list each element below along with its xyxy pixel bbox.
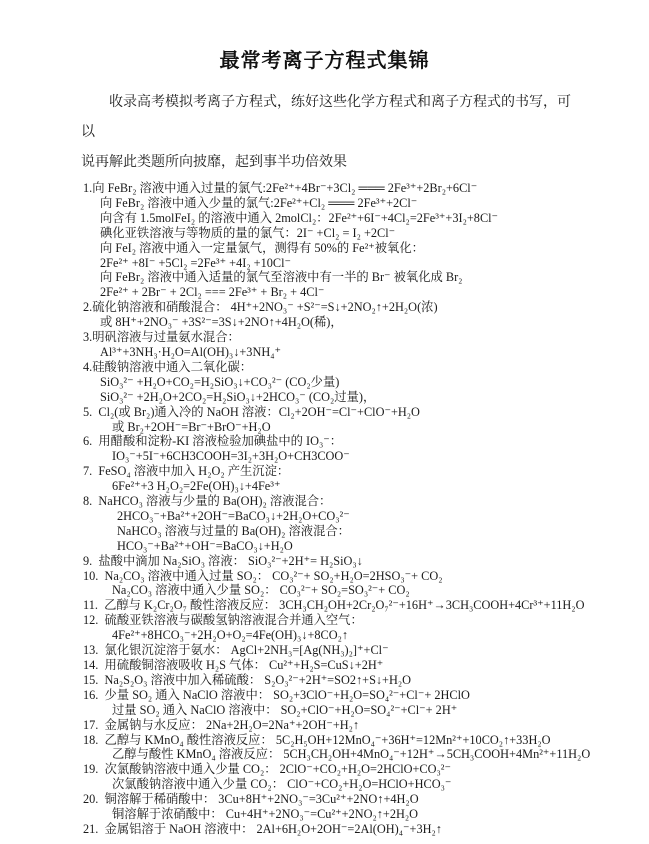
list-line: 15. Na₂S₂O₃ 溶液中加入稀硫酸： S₂O₃²⁻+2H⁺=SO2↑+S↓… bbox=[0, 673, 649, 688]
list-line: 2Fe²⁺ + 2Br⁻ + 2Cl₂ === 2Fe³⁺ + Br₂ + 4C… bbox=[0, 285, 649, 300]
list-line: Al³⁺+3NH₃·H₂O=Al(OH)₃↓+3NH₄⁺ bbox=[0, 345, 649, 360]
list-line: 向 FeI₂ 溶液中通入一定量氯气，测得有 50%的 Fe²⁺被氧化： bbox=[0, 241, 649, 256]
list-line: 14. 用硫酸铜溶液吸收 H₂S 气体： Cu²⁺+H₂S=CuS↓+2H⁺ bbox=[0, 658, 649, 673]
list-line: 5. Cl₂(或 Br₂)通入冷的 NaOH 溶液：Cl₂+2OH⁻=Cl⁻+C… bbox=[0, 405, 649, 420]
intro-line-1: 收录高考模拟考离子方程式，练好这些化学方程式和离子方程式的书写，可以 bbox=[81, 86, 573, 146]
list-line: HCO₃⁻+Ba²⁺+OH⁻=BaCO₃↓+H₂O bbox=[0, 539, 649, 554]
intro-paragraph: 收录高考模拟考离子方程式，练好这些化学方程式和离子方程式的书写，可以 说再解此类… bbox=[81, 86, 573, 176]
list-line: 2.硫化钠溶液和硝酸混合： 4H⁺+2NO₃⁻ +S²⁻=S↓+2NO₂↑+2H… bbox=[0, 300, 649, 315]
list-line: 6. 用醋酸和淀粉-KI 溶液检验加碘盐中的 IO₃⁻： bbox=[0, 434, 649, 449]
list-line: 16. 少量 SO₂ 通入 NaClO 溶液中： SO₂+3ClO⁻+H₂O=S… bbox=[0, 688, 649, 703]
list-line: 9. 盐酸中滴加 Na₂SiO₃ 溶液： SiO₃²⁻+2H⁺= H₂SiO₃↓ bbox=[0, 554, 649, 569]
document-page: 最常考离子方程式集锦 收录高考模拟考离子方程式，练好这些化学方程式和离子方程式的… bbox=[0, 0, 649, 844]
equation-list: 1.向 FeBr₂ 溶液中通入过量的氯气:2Fe²⁺+4Br⁻+3Cl₂ ═══… bbox=[0, 181, 649, 837]
page-title: 最常考离子方程式集锦 bbox=[0, 0, 649, 73]
list-line: 4Fe²⁺+8HCO₃⁻+2H₂O+O₂=4Fe(OH)₃↓+8CO₂↑ bbox=[0, 628, 649, 643]
list-line: 10. Na₂CO₃ 溶液中通入过量 SO₂： CO₃²⁻+ SO₂+H₂O=2… bbox=[0, 569, 649, 584]
list-line: 6Fe²⁺+3 H₂O₂=2Fe(OH)₃↓+4Fe³⁺ bbox=[0, 479, 649, 494]
list-line: 3.明矾溶液与过量氨水混合： bbox=[0, 330, 649, 345]
list-line: 碘化亚铁溶液与等物质的量的氯气：2I⁻ +Cl₂ = I₂ +2Cl⁻ bbox=[0, 226, 649, 241]
intro-line-2: 说再解此类题所向披靡，起到事半功倍效果 bbox=[81, 146, 573, 176]
list-line: 向 FeBr₂ 溶液中通入少量的氯气:2Fe²⁺+Cl₂ ═══ 2Fe³⁺+2… bbox=[0, 196, 649, 211]
list-line: 8. NaHCO₃ 溶液与少量的 Ba(OH)₂ 溶液混合： bbox=[0, 494, 649, 509]
list-line: 铜溶解于浓硝酸中： Cu+4H⁺+2NO₃⁻=Cu²⁺+2NO₂↑+2H₂O bbox=[0, 807, 649, 822]
list-line: 12. 硫酸亚铁溶液与碳酸氢钠溶液混合并通入空气： bbox=[0, 613, 649, 628]
list-line: 19. 次氯酸钠溶液中通入少量 CO₂： 2ClO⁻+CO₂+H₂O=2HClO… bbox=[0, 762, 649, 777]
list-line: 1.向 FeBr₂ 溶液中通入过量的氯气:2Fe²⁺+4Br⁻+3Cl₂ ═══… bbox=[0, 181, 649, 196]
list-line: 20. 铜溶解于稀硝酸中： 3Cu+8H⁺+2NO₃⁻=3Cu²⁺+2NO↑+4… bbox=[0, 792, 649, 807]
list-line: 过量 SO₂ 通入 NaClO 溶液中： SO₂+ClO⁻+H₂O=SO₄²⁻+… bbox=[0, 703, 649, 718]
list-line: 18. 乙醇与 KMnO₄ 酸性溶液反应： 5C₂H₅OH+12MnO₄⁻+36… bbox=[0, 733, 649, 748]
list-line: 乙醇与酸性 KMnO₄ 溶液反应： 5CH₃CH₂OH+4MnO₄⁻+12H⁺→… bbox=[0, 747, 649, 762]
list-line: 21. 金属铝溶于 NaOH 溶液中： 2Al+6H₂O+2OH⁻=2Al(OH… bbox=[0, 822, 649, 837]
list-line: SiO₃²⁻ +H₂O+CO₂=H₂SiO₃↓+CO₃²⁻ (CO₂少量) bbox=[0, 375, 649, 390]
list-line: 17. 金属钠与水反应： 2Na+2H₂O=2Na⁺+2OH⁻+H₂↑ bbox=[0, 718, 649, 733]
list-line: 向含有 1.5molFeI₂ 的溶液中通入 2molCl₂：2Fe²⁺+6I⁻+… bbox=[0, 211, 649, 226]
list-line: 2HCO₃⁻+Ba²⁺+2OH⁻=BaCO₃↓+2H₂O+CO₃²⁻ bbox=[0, 509, 649, 524]
list-line: 13. 氯化银沉淀溶于氨水： AgCl+2NH₃=[Ag(NH₃)₂]⁺+Cl⁻ bbox=[0, 643, 649, 658]
list-line: 或 Br₂+2OH⁻=Br⁻+BrO⁻+H₂O bbox=[0, 420, 649, 435]
list-line: 或 8H⁺+2NO₃⁻ +3S²⁻=3S↓+2NO↑+4H₂O(稀)， bbox=[0, 315, 649, 330]
list-line: NaHCO₃ 溶液与过量的 Ba(OH)₂ 溶液混合： bbox=[0, 524, 649, 539]
list-line: Na₂CO₃ 溶液中通入少量 SO₂： CO₃²⁻+ SO₂=SO₃²⁻+ CO… bbox=[0, 583, 649, 598]
list-line: SiO₃²⁻ +2H₂O+2CO₂=H₂SiO₃↓+2HCO₃⁻ (CO₂过量)… bbox=[0, 390, 649, 405]
list-line: 4.硅酸钠溶液中通入二氧化碳： bbox=[0, 360, 649, 375]
list-line: IO₃⁻+5I⁻+6CH3COOH=3I₂+3H₂O+CH3COO⁻ bbox=[0, 449, 649, 464]
list-line: 2Fe²⁺ +8I⁻ +5Cl₂ =2Fe³⁺ +4I₂ +10Cl⁻ bbox=[0, 256, 649, 271]
list-line: 次氯酸钠溶液中通入少量 CO₂： ClO⁻+CO₂+H₂O=HClO+HCO₃⁻ bbox=[0, 777, 649, 792]
list-line: 11. 乙醇与 K₂Cr₂O₇ 酸性溶液反应： 3CH₃CH₂OH+2Cr₂O₇… bbox=[0, 598, 649, 613]
list-line: 7. FeSO₄ 溶液中加入 H₂O₂ 产生沉淀： bbox=[0, 464, 649, 479]
list-line: 向 FeBr₂ 溶液中通入适量的氯气至溶液中有一半的 Br⁻ 被氧化成 Br₂ bbox=[0, 270, 649, 285]
